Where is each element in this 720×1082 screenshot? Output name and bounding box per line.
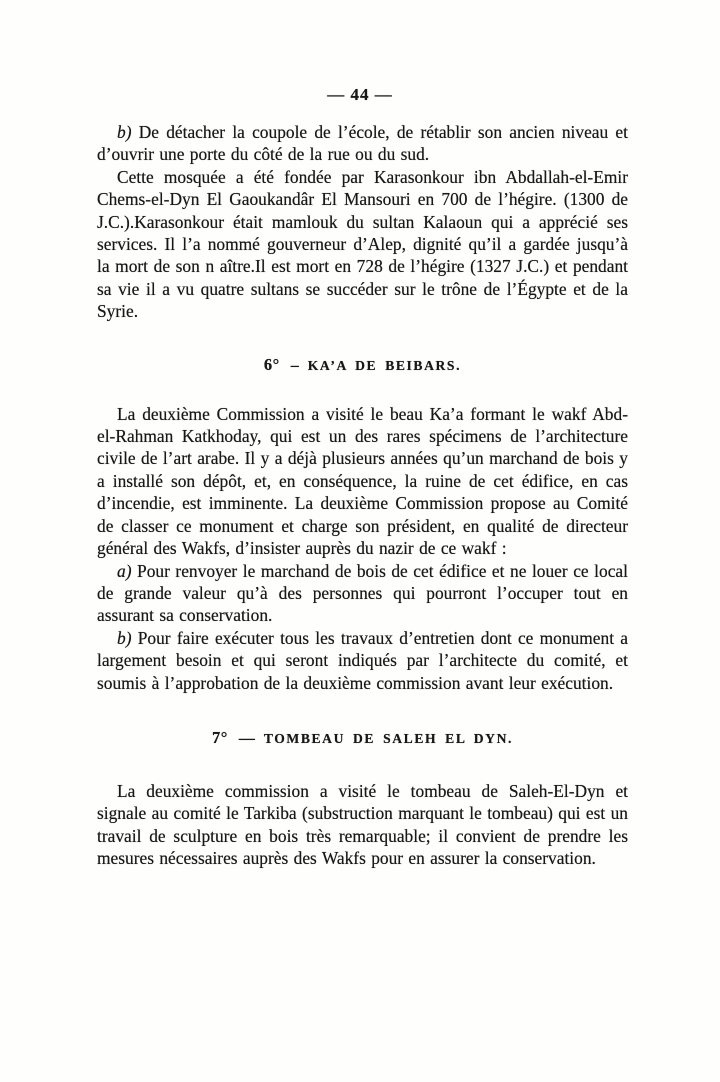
list-marker-b: b) bbox=[117, 122, 132, 142]
list-marker-b2: b) bbox=[117, 628, 132, 648]
list-marker-a: a) bbox=[117, 561, 132, 581]
paragraph-detacher: b) De détacher la coupole de l’école, de… bbox=[97, 121, 628, 166]
paragraph-tombeau: La deuxième commission a visité le tombe… bbox=[97, 780, 628, 870]
section-6-dash: – bbox=[291, 357, 299, 374]
section-7-number: 7° bbox=[212, 728, 228, 747]
section-7-heading: 7°—TOMBEAU DE SALEH EL DYN. bbox=[97, 723, 628, 750]
section-6-title: KA’A DE BEIBARS. bbox=[308, 358, 461, 373]
page-number: — 44 — bbox=[0, 0, 720, 105]
section-6-number: 6° bbox=[264, 355, 280, 374]
paragraph-item-b: b) Pour faire exécuter tous les travaux … bbox=[97, 627, 628, 694]
paragraph-mosquee: Cette mosquée a été fondée par Karasonko… bbox=[97, 166, 628, 323]
scanned-book-page: — 44 — b) De détacher la coupole de l’éc… bbox=[0, 0, 720, 1082]
paragraph-text: Pour faire exécuter tous les travaux d’e… bbox=[97, 628, 628, 693]
paragraph-kaa-commission: La deuxième Commission a visité le beau … bbox=[97, 403, 628, 560]
section-7-dash: — bbox=[239, 730, 255, 747]
paragraph-text: Pour renvoyer le marchand de bois de cet… bbox=[97, 561, 628, 626]
paragraph-item-a: a) Pour renvoyer le marchand de bois de … bbox=[97, 560, 628, 627]
text-block: b) De détacher la coupole de l’école, de… bbox=[97, 121, 628, 870]
paragraph-text: De détacher la coupole de l’école, de ré… bbox=[97, 122, 628, 164]
section-7-title: TOMBEAU DE SALEH EL DYN. bbox=[264, 731, 513, 746]
section-6-heading: 6°–KA’A DE BEIBARS. bbox=[97, 350, 628, 377]
